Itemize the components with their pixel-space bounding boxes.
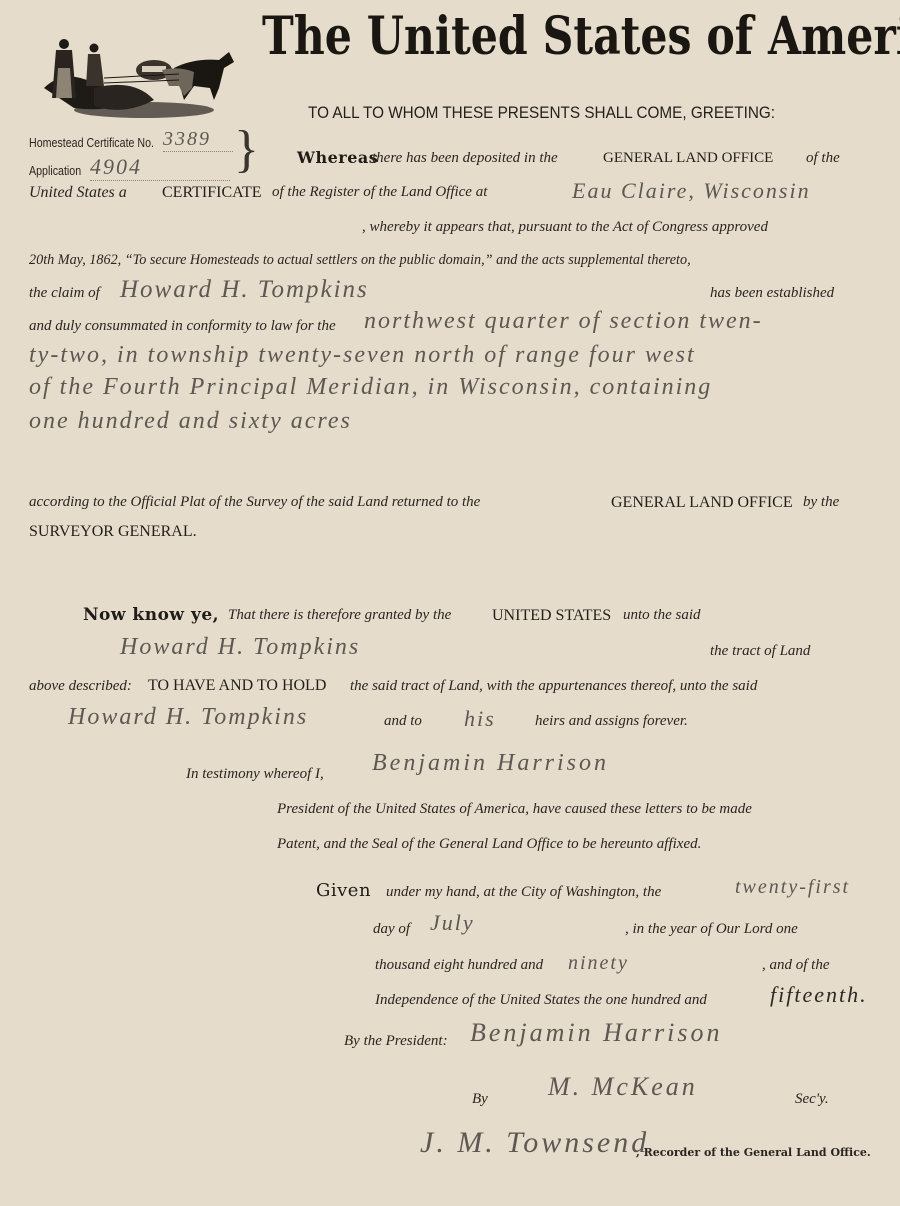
given-month: July: [430, 910, 475, 936]
office-location: Eau Claire, Wisconsin: [572, 178, 811, 204]
given-line2-b: , in the year of Our Lord one: [625, 921, 798, 938]
tract-of-land: the tract of Land: [710, 643, 810, 660]
given-line3-a: thousand eight hundred and: [375, 957, 543, 974]
recorder-signature: J. M. Townsend: [420, 1126, 649, 1160]
certificate-number-label: Homestead Certificate No.: [29, 135, 154, 150]
now-know-ye-lead: Now know ye,: [83, 605, 219, 625]
heirs-and-assigns: heirs and assigns forever.: [535, 713, 688, 730]
whereas-lead: Whereas: [297, 148, 378, 167]
grantee-name: Howard H. Tompkins: [120, 634, 360, 661]
has-been-established: has been established: [710, 285, 834, 302]
land-description-2: ty-two, in township twenty-seven north o…: [29, 342, 696, 369]
by-label: By: [472, 1091, 488, 1108]
given-line2-a: day of: [373, 921, 410, 938]
whereas-line4: 20th May, 1862, “To secure Homesteads to…: [29, 252, 691, 269]
and-to: and to: [384, 713, 422, 730]
whereas-line1-a: there has been deposited in the: [372, 150, 558, 167]
grant-line3-c: the said tract of Land, with the appurte…: [350, 678, 757, 695]
claim-of-label: the claim of: [29, 285, 100, 302]
secretary-signature: M. McKean: [548, 1072, 698, 1102]
land-description-3: of the Fourth Principal Meridian, in Wis…: [29, 374, 712, 401]
claimant-name: Howard H. Tompkins: [120, 276, 369, 304]
certificate-number-value: 3389: [163, 128, 233, 152]
president-signature: Benjamin Harrison: [470, 1018, 723, 1048]
to-have-and-to-hold: TO HAVE AND TO HOLD: [148, 677, 326, 695]
application-label: Application: [29, 163, 81, 178]
whereas-line3: , whereby it appears that, pursuant to t…: [362, 219, 768, 236]
president-name-testimony: Benjamin Harrison: [372, 750, 609, 777]
whereas-line6-a: and duly consummated in conformity to la…: [29, 318, 336, 335]
surveyor-general: SURVEYOR GENERAL.: [29, 523, 197, 541]
given-line4-a: Independence of the United States the on…: [375, 992, 707, 1009]
whereas-line2-c: of the Register of the Land Office at: [272, 184, 487, 201]
secretary-title: Sec'y.: [795, 1091, 829, 1108]
document-title: The United States of America,: [262, 6, 900, 67]
land-description-1: northwest quarter of section twen-: [364, 308, 763, 335]
land-description-4: one hundred and sixty acres: [29, 408, 352, 435]
certificate-word: CERTIFICATE: [162, 184, 261, 202]
grant-line1-c: unto the said: [623, 607, 701, 624]
greeting-line: TO ALL TO WHOM THESE PRESENTS SHALL COME…: [308, 103, 775, 123]
according-line-c: by the: [803, 494, 839, 511]
independence-year: fifteenth.: [770, 982, 868, 1008]
given-day: twenty-first: [735, 876, 850, 899]
recorder-title: , Recorder of the General Land Office.: [636, 1146, 871, 1159]
testimony-line3: Patent, and the Seal of the General Land…: [277, 836, 701, 853]
grant-line1-a: That there is therefore granted by the: [228, 607, 451, 624]
given-line1: under my hand, at the City of Washington…: [386, 884, 661, 901]
testimony-line1: In testimony whereof I,: [186, 766, 324, 783]
united-states-word: UNITED STATES: [492, 607, 611, 625]
above-described: above described:: [29, 678, 132, 695]
application-value: 4904: [90, 154, 230, 181]
given-year-word: ninety: [568, 952, 629, 975]
general-land-office-2: GENERAL LAND OFFICE: [611, 494, 793, 512]
whereas-line1-c: of the: [806, 150, 840, 167]
whereas-line2-a: United States a: [29, 184, 127, 202]
given-line3-b: , and of the: [762, 957, 830, 974]
farm-scene-engraving-icon: [34, 28, 240, 122]
by-the-president-label: By the President:: [344, 1033, 448, 1050]
given-lead: Given: [316, 880, 371, 901]
brace-decoration: }: [234, 120, 259, 179]
testimony-line2: President of the United States of Americ…: [277, 801, 752, 818]
according-line-a: according to the Official Plat of the Su…: [29, 494, 480, 511]
pronoun: his: [464, 706, 496, 732]
general-land-office-1: GENERAL LAND OFFICE: [603, 150, 773, 167]
grantee-name-2: Howard H. Tompkins: [68, 704, 308, 731]
